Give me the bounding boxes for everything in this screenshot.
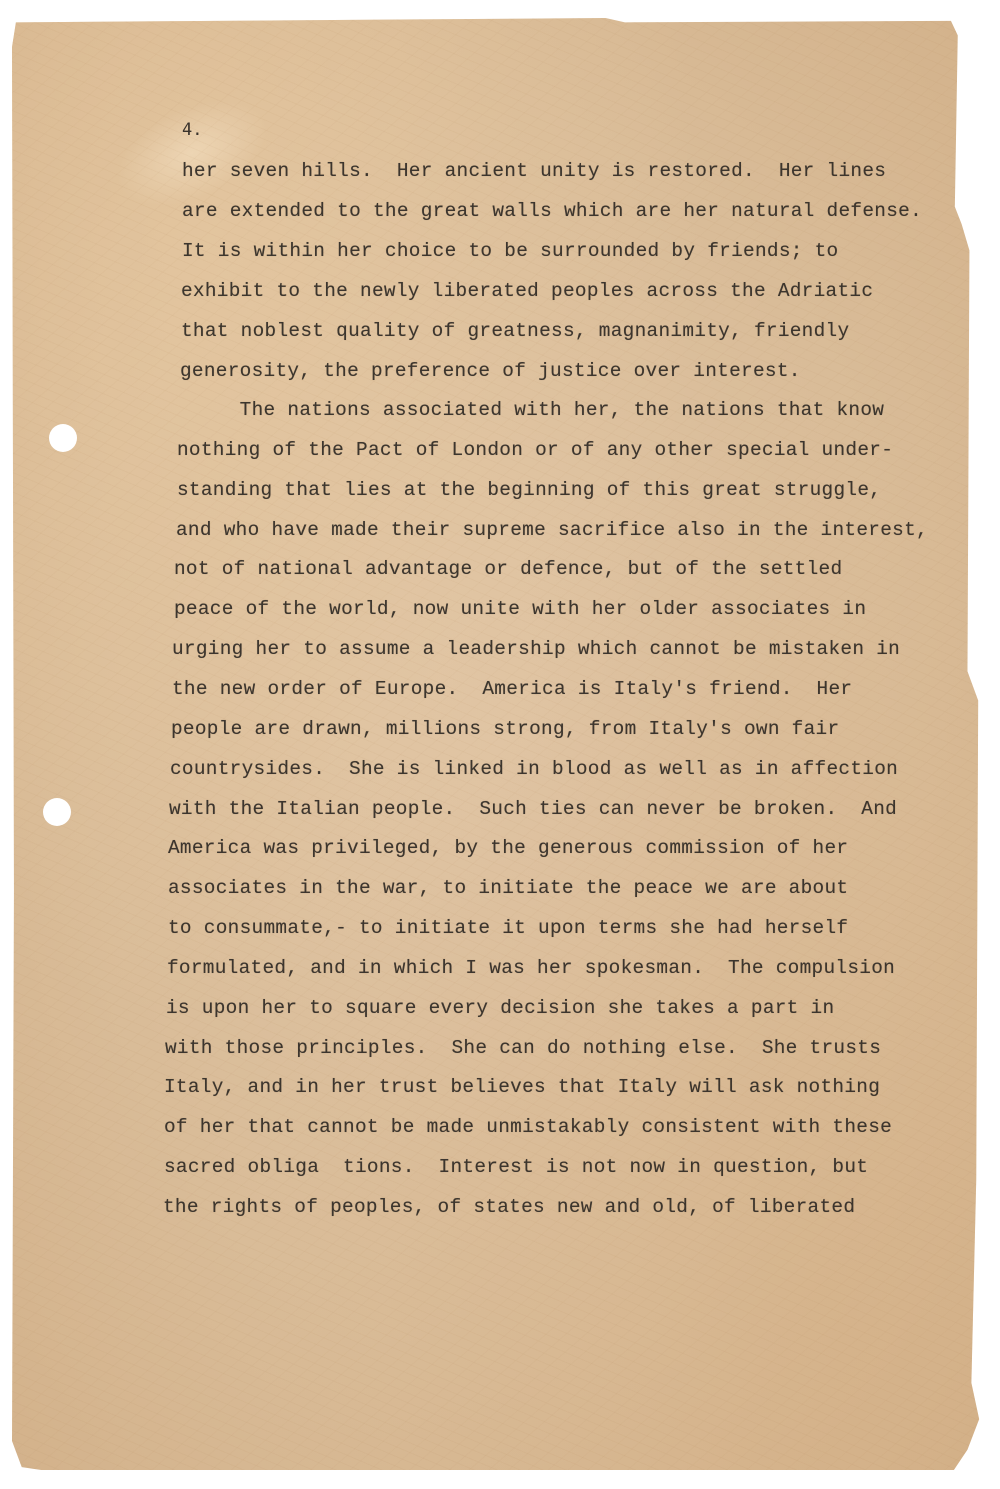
text-line: is upon her to square every decision she… bbox=[166, 996, 834, 1020]
binder-hole-bottom bbox=[43, 798, 71, 826]
paper-sheet bbox=[12, 18, 985, 1470]
binder-hole-top bbox=[49, 424, 77, 452]
text-line: the new order of Europe. America is Ital… bbox=[172, 677, 852, 701]
text-line: of her that cannot be made unmistakably … bbox=[164, 1115, 892, 1139]
text-line: her seven hills. Her ancient unity is re… bbox=[182, 159, 886, 183]
text-line: America was privileged, by the generous … bbox=[168, 836, 848, 860]
text-line: standing that lies at the beginning of t… bbox=[177, 478, 881, 502]
text-line: exhibit to the newly liberated peoples a… bbox=[181, 279, 873, 303]
text-line: It is within her choice to be surrounded… bbox=[182, 239, 839, 263]
text-line: urging her to assume a leadership which … bbox=[172, 637, 900, 661]
text-line: and who have made their supreme sacrific… bbox=[176, 518, 928, 542]
text-line: are extended to the great walls which ar… bbox=[182, 199, 922, 223]
text-line: not of national advantage or defence, bu… bbox=[174, 557, 842, 581]
text-line: formulated, and in which I was her spoke… bbox=[167, 956, 895, 980]
text-line: sacred obliga tions. Interest is not now… bbox=[164, 1155, 868, 1179]
text-line: with those principles. She can do nothin… bbox=[165, 1036, 881, 1060]
text-line: people are drawn, millions strong, from … bbox=[171, 717, 839, 741]
text-line: Italy, and in her trust believes that It… bbox=[164, 1075, 880, 1099]
text-line: with the Italian people. Such ties can n… bbox=[169, 797, 897, 821]
text-line: the rights of peoples, of states new and… bbox=[163, 1195, 855, 1219]
text-line: nothing of the Pact of London or of any … bbox=[177, 438, 893, 462]
text-line: countrysides. She is linked in blood as … bbox=[170, 757, 898, 781]
text-line: The nations associated with her, the nat… bbox=[180, 398, 884, 422]
text-line: generosity, the preference of justice ov… bbox=[180, 359, 801, 383]
text-line: that noblest quality of greatness, magna… bbox=[181, 319, 849, 343]
text-line: to consummate,- to initiate it upon term… bbox=[168, 916, 848, 940]
text-line: associates in the war, to initiate the p… bbox=[168, 876, 848, 900]
text-line: peace of the world, now unite with her o… bbox=[174, 597, 866, 621]
page-number: 4. bbox=[182, 120, 202, 140]
